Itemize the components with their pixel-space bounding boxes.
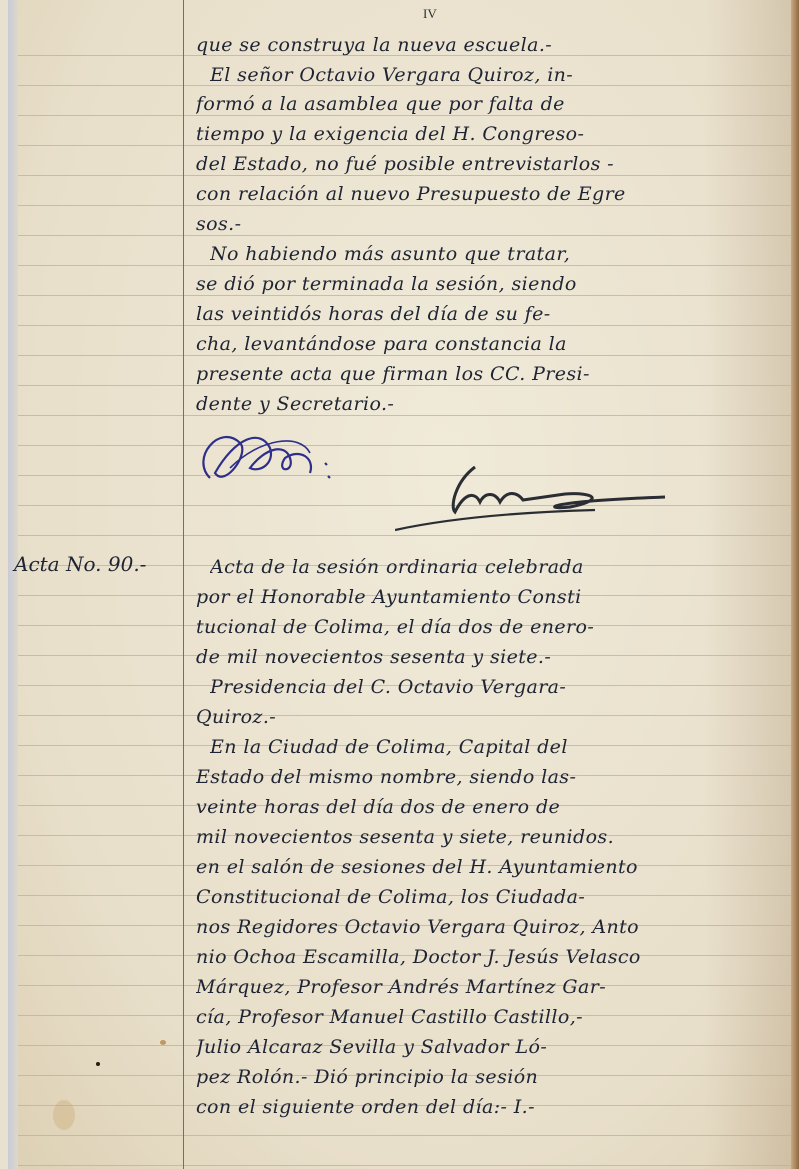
signature-president [190,418,380,498]
text-line: en el salón de sesiones del H. Ayuntamie… [196,853,791,883]
text-line: tiempo y la exigencia del H. Congreso- [196,120,791,150]
text-line: tucional de Colima, el día dos de enero- [196,613,791,643]
text-line: las veintidós horas del día de su fe- [196,300,791,330]
text-line: del Estado, no fué posible entrevistarlo… [196,150,791,180]
text-line: En la Ciudad de Colima, Capital del [210,733,799,763]
red-margin-rule [183,0,184,1169]
page-number: IV [423,6,437,22]
text-line: con el siguiente orden del día:- I.- [196,1093,791,1123]
ruled-line [18,535,791,536]
ruled-line [18,445,791,446]
text-line: dente y Secretario.- [196,390,791,420]
text-line: sos.- [196,210,791,240]
text-line: veinte horas del día dos de enero de [196,793,791,823]
text-line: por el Honorable Ayuntamiento Consti [196,583,791,613]
text-line: formó a la asamblea que por falta de [196,90,791,120]
text-line: Márquez, Profesor Andrés Martínez Gar- [196,973,791,1003]
signature-secretary [395,462,675,532]
text-line: nos Regidores Octavio Vergara Quiroz, An… [196,913,791,943]
text-line: nio Ochoa Escamilla, Doctor J. Jesús Vel… [196,943,791,973]
text-line: Julio Alcaraz Sevilla y Salvador Ló- [196,1033,791,1063]
margin-note-acta-number: Acta No. 90.- [14,552,146,576]
text-line: El señor Octavio Vergara Quiroz, in- [210,61,799,91]
text-line: con relación al nuevo Presupuesto de Egr… [196,180,791,210]
page-left-edge [8,0,18,1169]
text-line: Estado del mismo nombre, siendo las- [196,763,791,793]
text-line: se dió por terminada la sesión, siendo [196,270,791,300]
text-line: pez Rolón.- Dió principio la sesión [196,1063,791,1093]
text-line: Acta de la sesión ordinaria celebrada [210,553,799,583]
text-line: mil novecientos sesenta y siete, reunido… [196,823,791,853]
ruled-line [18,1165,791,1166]
text-line: Quiroz.- [196,703,791,733]
ink-stain [160,1040,166,1045]
ruled-line [18,1135,791,1136]
text-line: presente acta que firman los CC. Presi- [196,360,791,390]
water-stain [53,1100,75,1130]
ink-dot [96,1062,100,1066]
text-line: cía, Profesor Manuel Castillo Castillo,- [196,1003,791,1033]
text-line: de mil novecientos sesenta y siete.- [196,643,791,673]
page-right-edge [791,0,799,1169]
text-line: cha, levantándose para constancia la [196,330,791,360]
text-line: No habiendo más asunto que tratar, [210,240,799,270]
text-line: Presidencia del C. Octavio Vergara- [210,673,799,703]
text-line: que se construya la nueva escuela.- [196,31,791,61]
text-line: Constitucional de Colima, los Ciudada- [196,883,791,913]
